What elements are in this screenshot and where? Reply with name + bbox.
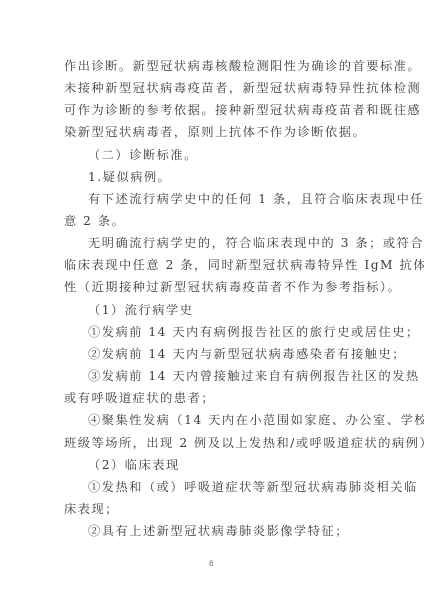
paragraph-line: 无明确流行病学史的，符合临床表现中的 3 条；或符合 — [88, 236, 388, 250]
list-heading: （1）流行病学史 — [88, 303, 388, 317]
list-item: ②具有上述新型冠状病毒肺炎影像学特征； — [88, 524, 388, 538]
paragraph-line: 未接种新型冠状病毒疫苗者，新型冠状病毒特异性抗体检测 — [64, 81, 364, 95]
section-heading: （二）诊断标准。 — [88, 148, 388, 162]
list-item: ①发病前 14 天内有病例报告社区的旅行史或居住史； — [88, 325, 388, 339]
paragraph-line: 有下述流行病学史中的任何 1 条，且符合临床表现中任 — [88, 192, 388, 206]
page-number: 8 — [209, 560, 213, 568]
list-heading: （2）临床表现 — [88, 458, 388, 472]
list-item-continuation: 床表现； — [64, 502, 364, 516]
list-item: ④聚集性发病（14 天内在小范围如家庭、办公室、学校 — [88, 413, 388, 427]
paragraph-line: 染新型冠状病毒者，原则上抗体不作为诊断依据。 — [64, 125, 364, 139]
list-item: ②发病前 14 天内与新型冠状病毒感染者有接触史； — [88, 347, 388, 361]
list-item-continuation: 或有呼吸道症状的患者； — [64, 391, 364, 405]
list-item-continuation: 班级等场所，出现 2 例及以上发热和/或呼吸道症状的病例）。 — [64, 436, 364, 450]
paragraph-line: 性（近期接种过新型冠状病毒疫苗者不作为参考指标）。 — [64, 280, 364, 294]
paragraph-line: 临床表现中任意 2 条，同时新型冠状病毒特异性 IgM 抗体阳 — [64, 258, 364, 272]
list-item: ①发热和（或）呼吸道症状等新型冠状病毒肺炎相关临 — [88, 480, 388, 494]
list-item: ③发病前 14 天内曾接触过来自有病例报告社区的发热 — [88, 369, 388, 383]
subsection-heading: 1.疑似病例。 — [88, 170, 388, 184]
paragraph-line: 作出诊断。新型冠状病毒核酸检测阳性为确诊的首要标准。 — [64, 59, 364, 73]
paragraph-line: 意 2 条。 — [64, 214, 364, 228]
paragraph-line: 可作为诊断的参考依据。接种新型冠状病毒疫苗者和既往感 — [64, 103, 364, 117]
document-page: 作出诊断。新型冠状病毒核酸检测阳性为确诊的首要标准。 未接种新型冠状病毒疫苗者，… — [0, 0, 424, 600]
